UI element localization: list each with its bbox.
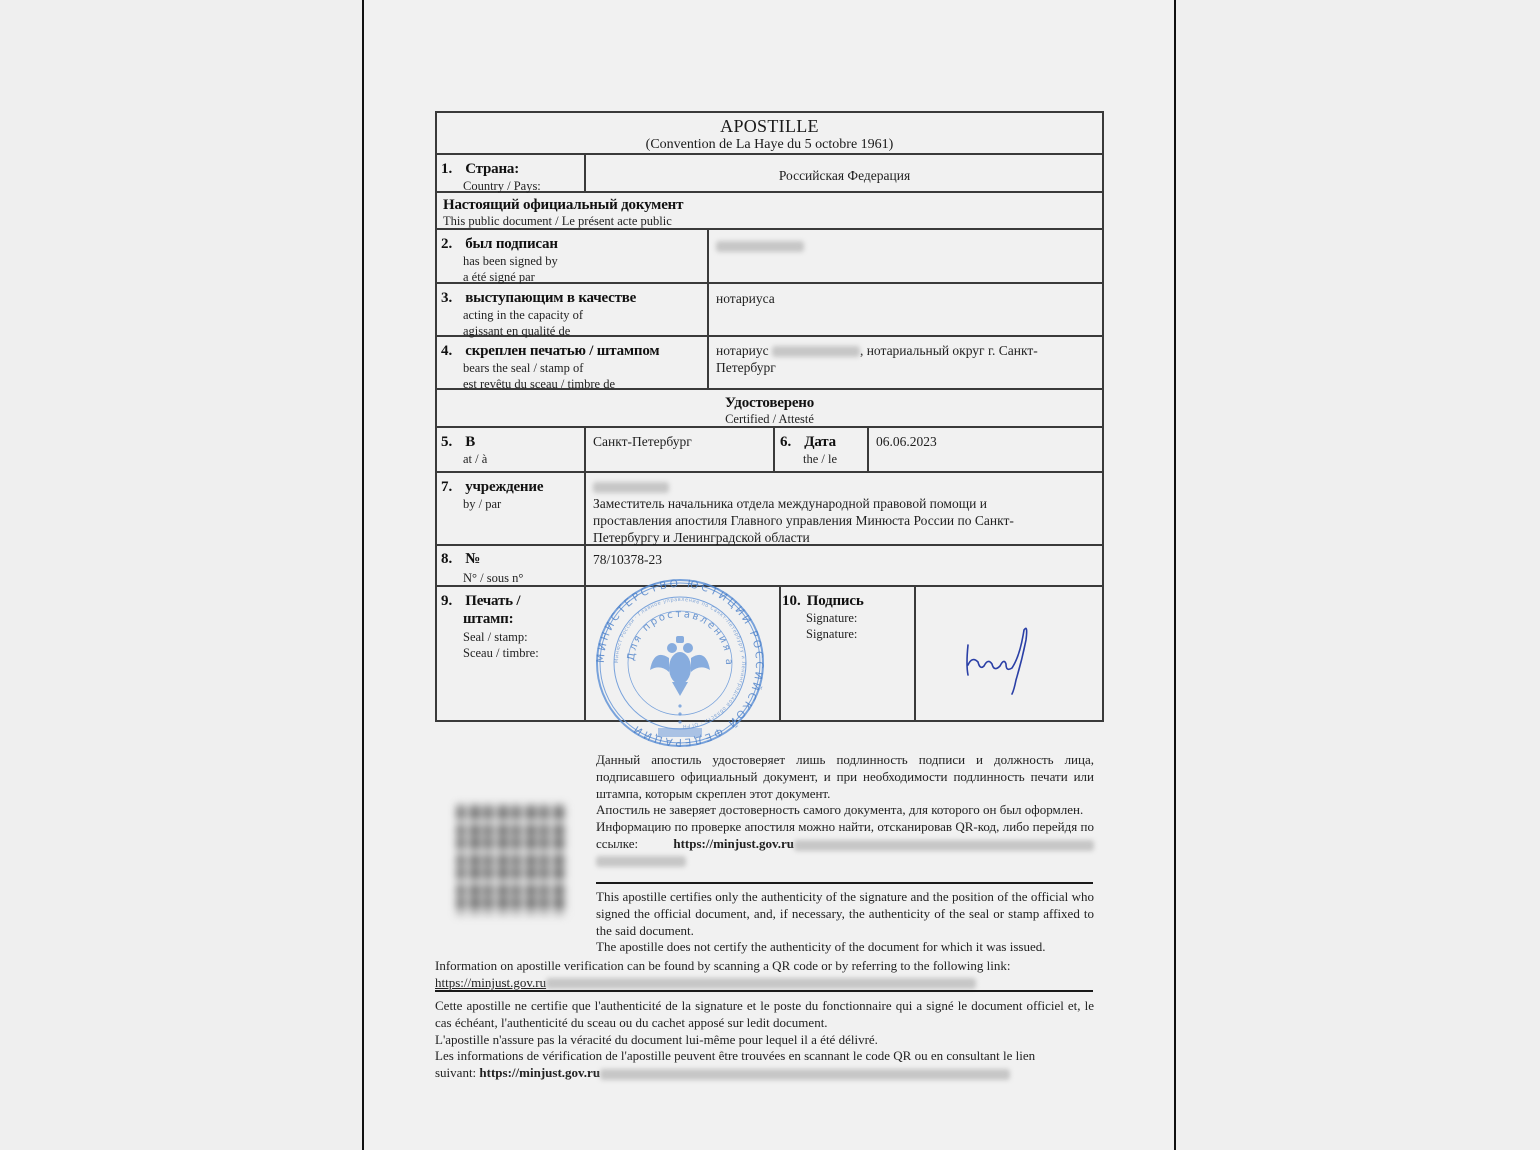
footer-ru-p1: Данный апостиль удостоверяет лишь подлин… xyxy=(596,752,1094,802)
field-label-en-fr: the / le xyxy=(803,451,837,467)
field-country: 1. Страна: Country / Pays: xyxy=(441,160,541,194)
footer-fr-p2: L'apostille n'assure pas la véracité du … xyxy=(435,1032,1094,1049)
field-signature: 10. Подпись Signature: Signature: xyxy=(782,592,864,642)
field-label-ru: Дата xyxy=(804,434,836,450)
field-label-ru: был подписан xyxy=(465,236,558,252)
field-label-en: acting in the capacity of xyxy=(463,307,636,323)
apostille-subtitle: (Convention de La Haye du 5 octobre 1961… xyxy=(435,137,1104,153)
field-number: 3. xyxy=(441,290,452,306)
seal-of-value: нотариус , нотариальный округ г. Санкт- … xyxy=(716,342,1096,376)
at-value: Санкт-Петербург xyxy=(593,433,692,450)
footer-en-p3: Information on apostille verification ca… xyxy=(435,958,1094,992)
field-label-ru: выступающим в качестве xyxy=(465,290,636,306)
link-redacted-cont xyxy=(596,856,686,867)
field-number: 8. № N° / sous n° xyxy=(441,550,523,586)
field-label-ru: учреждение xyxy=(465,479,543,495)
verification-link-ru[interactable]: https://minjust.gov.ru xyxy=(673,836,794,851)
link-redacted xyxy=(546,978,976,989)
field-number: 10. xyxy=(782,593,801,609)
field-label-ru: скреплен печатью / штампом xyxy=(465,343,659,359)
by-name-redacted xyxy=(593,478,1093,495)
field-label-en-fr: N° / sous n° xyxy=(463,570,523,586)
field-label-ru: В xyxy=(465,434,475,450)
footer-fr-p3-suffix: suivant: xyxy=(435,1065,476,1080)
by-line3: Петербургу и Ленинградской области xyxy=(593,529,1093,546)
field-label-ru: Настоящий официальный документ xyxy=(443,197,683,214)
divider-en-fr xyxy=(435,990,1093,992)
footer-fr: Cette apostille ne certifie que l'authen… xyxy=(435,998,1094,1082)
field-seal-of: 4. скреплен печатью / штампом bears the … xyxy=(441,342,659,392)
field-at: 5. В at / à xyxy=(441,433,487,467)
field-label-en: bears the seal / stamp of xyxy=(463,360,659,376)
eagle-emblem-icon xyxy=(650,636,710,696)
divider-ru-en xyxy=(596,882,1093,884)
footer-ru: Данный апостиль удостоверяет лишь подлин… xyxy=(596,752,1094,870)
certified-label-ru: Удостоверено xyxy=(435,395,1104,412)
field-number: 7. xyxy=(441,479,452,495)
footer-fr-p1: Cette apostille ne certifie que l'authen… xyxy=(435,998,1094,1032)
by-line1: Заместитель начальника отдела международ… xyxy=(593,495,1093,512)
seal-of-prefix: нотариус xyxy=(716,343,769,358)
seal-of-line2: Петербург xyxy=(716,359,1096,376)
field-label-en: has been signed by xyxy=(463,253,558,269)
field-label-ru: Страна: xyxy=(465,161,519,177)
by-value: Заместитель начальника отдела международ… xyxy=(593,478,1093,546)
field-label-fr: est revêtu du sceau / timbre de xyxy=(463,376,659,392)
field-number: 5. xyxy=(441,434,452,450)
field-label-ru-2: штамп: xyxy=(463,611,539,628)
number-value: 78/10378-23 xyxy=(593,551,662,568)
seal-of-name-redacted xyxy=(772,346,860,357)
field-number: 9. xyxy=(441,593,452,609)
verification-link-fr[interactable]: https://minjust.gov.ru xyxy=(479,1065,600,1080)
official-stamp-seal: МИНИСТЕРСТВО ЮСТИЦИИ РОССИЙСКОЙ ФЕДЕРАЦИ… xyxy=(594,578,766,748)
field-date: 6. Дата the / le xyxy=(780,433,837,467)
field-label-en-fr: This public document / Le présent acte p… xyxy=(443,213,683,229)
footer-en: This apostille certifies only the authen… xyxy=(596,889,1094,956)
field-label-fr: a été signé par xyxy=(463,269,558,285)
footer-en-p3-text: Information on apostille verification ca… xyxy=(435,958,1094,975)
qr-code[interactable] xyxy=(456,804,566,916)
field-number: 4. xyxy=(441,343,452,359)
certified-heading: Удостоверено Certified / Attesté xyxy=(435,395,1104,427)
field-label-en: Seal / stamp: xyxy=(463,629,539,645)
link-redacted xyxy=(600,1069,1010,1080)
field-number: 6. xyxy=(780,434,791,450)
footer-en-p1: This apostille certifies only the authen… xyxy=(596,889,1094,939)
page-right-edge xyxy=(1174,0,1176,1150)
capacity-value: нотариуса xyxy=(716,290,775,307)
field-label-en-fr: Country / Pays: xyxy=(463,178,541,194)
date-value: 06.06.2023 xyxy=(876,433,937,450)
apostille-title: APOSTILLE xyxy=(435,116,1104,137)
link-redacted xyxy=(794,840,1094,851)
certified-label-en-fr: Certified / Attesté xyxy=(435,411,1104,427)
field-label-fr: agissant en qualité de xyxy=(463,323,636,339)
field-index: 8. xyxy=(441,551,452,567)
seal-of-suffix: , нотариальный округ г. Санкт- xyxy=(860,343,1038,358)
field-label-en: Signature: xyxy=(806,610,864,626)
field-public-document: Настоящий официальный документ This publ… xyxy=(443,197,683,229)
country-value: Российская Федерация xyxy=(586,167,1103,184)
field-label-en-fr: by / par xyxy=(463,496,543,512)
field-label-fr: Signature: xyxy=(806,626,864,642)
footer-ru-p2: Апостиль не заверяет достоверность самог… xyxy=(596,802,1094,819)
field-capacity: 3. выступающим в качестве acting in the … xyxy=(441,289,636,339)
field-label-en-fr: at / à xyxy=(463,451,487,467)
footer-fr-p3: Les informations de vérification de l'ap… xyxy=(435,1048,1094,1065)
field-label-fr: Sceau / timbre: xyxy=(463,645,539,661)
verification-link-en[interactable]: https://minjust.gov.ru xyxy=(435,975,546,990)
field-label-ru: № xyxy=(465,551,480,567)
field-seal: 9. Печать / штамп: Seal / stamp: Sceau /… xyxy=(441,592,539,661)
field-number: 2. xyxy=(441,236,452,252)
footer-en-p2: The apostille does not certify the authe… xyxy=(596,939,1094,956)
field-number: 1. xyxy=(441,161,452,177)
handwritten-signature xyxy=(958,620,1038,700)
signed-by-value-redacted xyxy=(716,237,804,255)
by-line2: проставления апостиля Главного управлени… xyxy=(593,512,1093,529)
field-by: 7. учреждение by / par xyxy=(441,478,543,512)
field-label-ru-1: Печать / xyxy=(465,593,520,609)
field-signed-by: 2. был подписан has been signed by a été… xyxy=(441,235,558,285)
footer-ru-p3: Информацию по проверке апостиля можно на… xyxy=(596,819,1094,869)
field-label-ru: Подпись xyxy=(807,593,864,609)
